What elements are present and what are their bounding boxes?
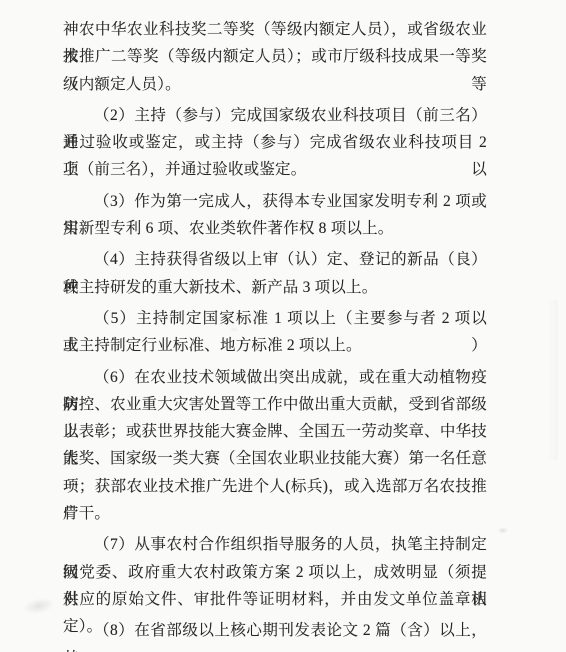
text-line: （8）在省部级以上核心期刊发表论文 2 篇（含）以上，其: [63, 617, 487, 644]
text-line: 防控、农业重大灾害处置等工作中做出重大贡献，受到省部级以: [63, 391, 487, 418]
paragraph: （6）在农业技术领域做出突出成就，或在重大动植物疫病防控、农业重大灾害处置等工作…: [63, 364, 487, 528]
scan-smudge: [496, 526, 510, 535]
text-line: 神农中华农业科技奖二等奖（等级内额定人员），或省级农业技: [63, 16, 487, 43]
document-text-block: 神农中华农业科技奖二等奖（等级内额定人员），或省级农业技术推广二等奖（等级内额定…: [63, 0, 487, 645]
scan-shadow: [548, 300, 558, 460]
paragraph: （7）从事农村合作组织指导服务的人员，执笔主持制定同级党委、政府重大农村政策方案…: [63, 531, 487, 613]
paragraph: （5）主持制定国家标准 1 项以上（主要参与者 2 项以上）或主持制定行业标准、…: [63, 305, 487, 360]
text-line: 或主持研发的重大新技术、新产品 3 项以上。: [63, 274, 487, 301]
text-line: 大奖、国家级一类大赛（全国农业职业技能大赛）第一名任意一: [63, 445, 487, 472]
paragraph: （4）主持获得省级以上审（认）定、登记的新品（良）种或主持研发的重大新技术、新产…: [63, 246, 487, 301]
text-line: （4）主持获得省级以上审（认）定、登记的新品（良）种: [63, 246, 487, 273]
text-line: 对应的原始文件、审批件等证明材料，并由发文单位盖章认定）。: [63, 586, 487, 613]
paragraph: （2）主持（参与）完成国家级农业科技项目（前三名）并通过验收或鉴定，或主持（参与…: [63, 102, 487, 184]
text-line: （7）从事农村合作组织指导服务的人员，执笔主持制定同: [63, 531, 487, 558]
text-line: 级党委、政府重大农村政策方案 2 项以上，成效明显（须提供相: [63, 559, 487, 586]
text-line: 用新型专利 6 项、农业类软件著作权 8 项以上。: [63, 215, 487, 242]
text-line: 上表彰；或获世界技能大赛金牌、全国五一劳动奖章、中华技能: [63, 418, 487, 445]
text-line: 骨干。: [63, 500, 487, 527]
text-line: 通过验收或鉴定，或主持（参与）完成省级农业科技项目 2 项以: [63, 129, 487, 156]
scan-smudge: [16, 592, 61, 620]
text-line: （2）主持（参与）完成国家级农业科技项目（前三名）并: [63, 102, 487, 129]
text-line: （3）作为第一完成人，获得本专业国家发明专利 2 项或实: [63, 188, 487, 215]
paragraph: （3）作为第一完成人，获得本专业国家发明专利 2 项或实用新型专利 6 项、农业…: [63, 188, 487, 243]
paragraph: 神农中华农业科技奖二等奖（等级内额定人员），或省级农业技术推广二等奖（等级内额定…: [63, 16, 487, 98]
text-line: 术推广二等奖（等级内额定人员）；或市厅级科技成果一等奖（等: [63, 43, 487, 70]
scanned-document-page: 神农中华农业科技奖二等奖（等级内额定人员），或省级农业技术推广二等奖（等级内额定…: [0, 0, 566, 652]
paragraph: （8）在省部级以上核心期刊发表论文 2 篇（含）以上，其: [63, 617, 487, 644]
text-line: （6）在农业技术领域做出突出成就，或在重大动植物疫病: [63, 364, 487, 391]
text-line: （5）主持制定国家标准 1 项以上（主要参与者 2 项以上）: [63, 305, 487, 332]
text-line: 项；获部农业技术推广先进个人(标兵)，或入选部万名农技推广: [63, 473, 487, 500]
